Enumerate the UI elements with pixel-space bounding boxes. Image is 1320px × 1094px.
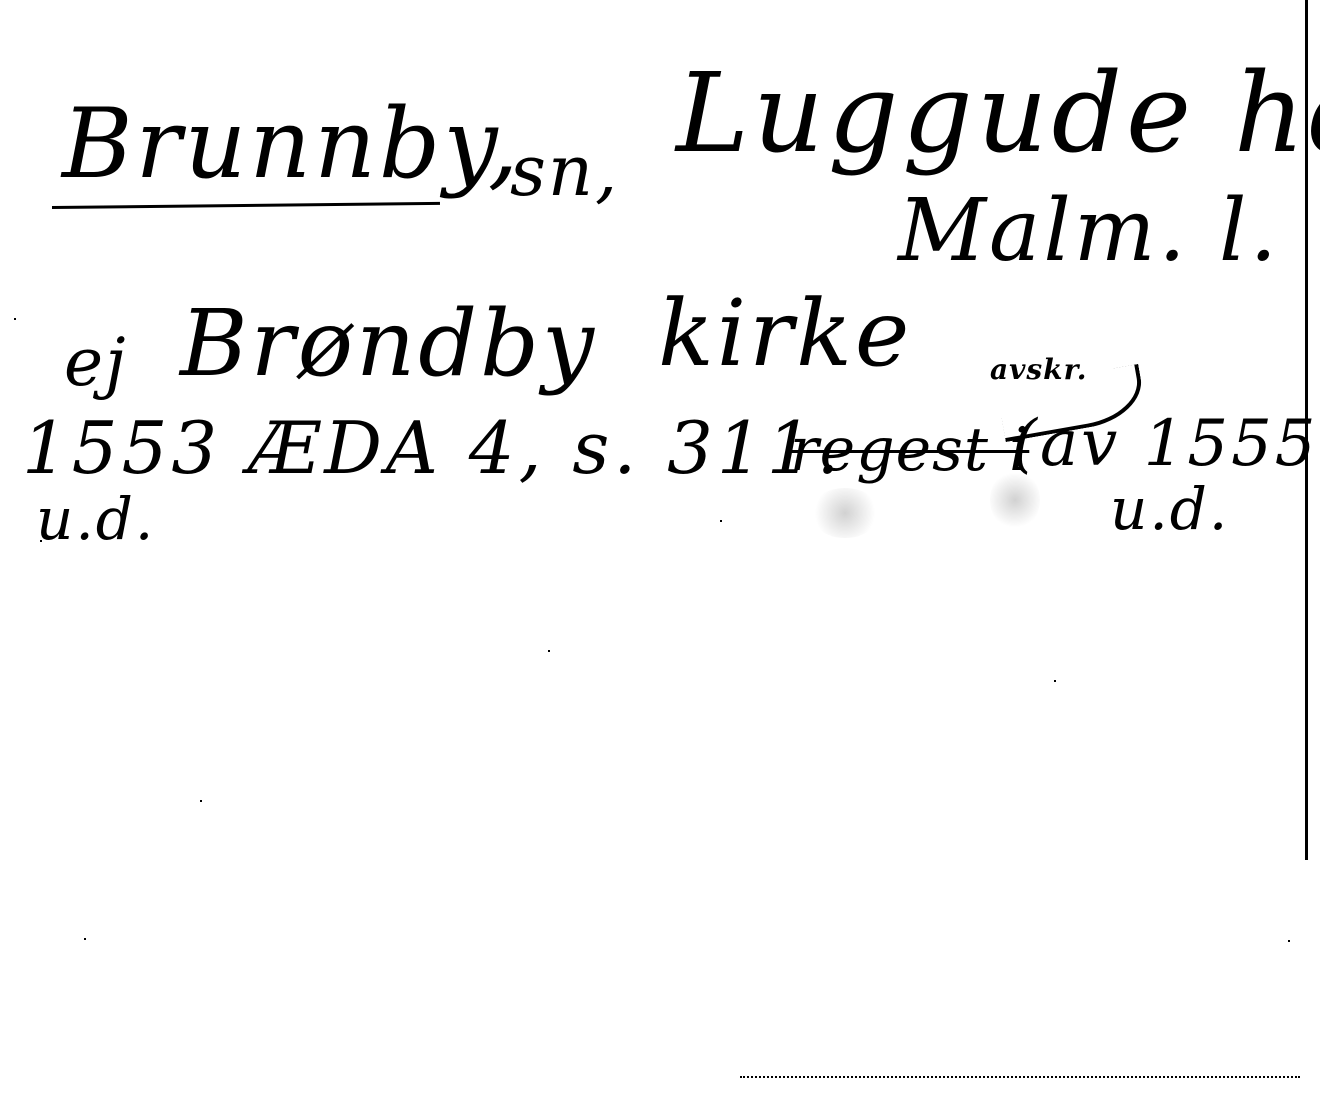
scan-speck: [84, 938, 86, 940]
struck-through-text: regest i: [790, 420, 1029, 480]
type-abbreviation: sn,: [510, 136, 619, 206]
scan-speck: [14, 318, 16, 320]
place-name-underline: [52, 202, 440, 209]
note-word: kirke: [658, 288, 912, 380]
source-reference: 1553 ÆDA 4, s. 311.: [22, 412, 843, 484]
scan-speck: [548, 650, 550, 652]
scan-speck: [1054, 680, 1056, 682]
scan-speck: [40, 540, 42, 542]
note-prefix: ej: [64, 330, 128, 396]
scan-smudge: [990, 470, 1040, 530]
reference-addition: (av 1555: [1012, 412, 1319, 476]
scan-speck: [720, 520, 722, 522]
place-name-heading: Brunnby,: [62, 96, 521, 192]
scan-speck: [1288, 940, 1290, 942]
district-name: Luggude hd,: [676, 58, 1320, 168]
scan-bottom-edge: [740, 1076, 1300, 1078]
date-note-left: u.d.: [36, 490, 155, 548]
archive-card: Brunnby, sn, Luggude hd, Malm. l. ej Brø…: [0, 0, 1320, 1094]
date-note-right: u.d.: [1110, 480, 1229, 538]
note-name: Brøndby: [180, 298, 597, 390]
scan-smudge: [810, 488, 880, 538]
scan-speck: [200, 800, 202, 802]
county-name: Malm. l.: [898, 188, 1280, 274]
